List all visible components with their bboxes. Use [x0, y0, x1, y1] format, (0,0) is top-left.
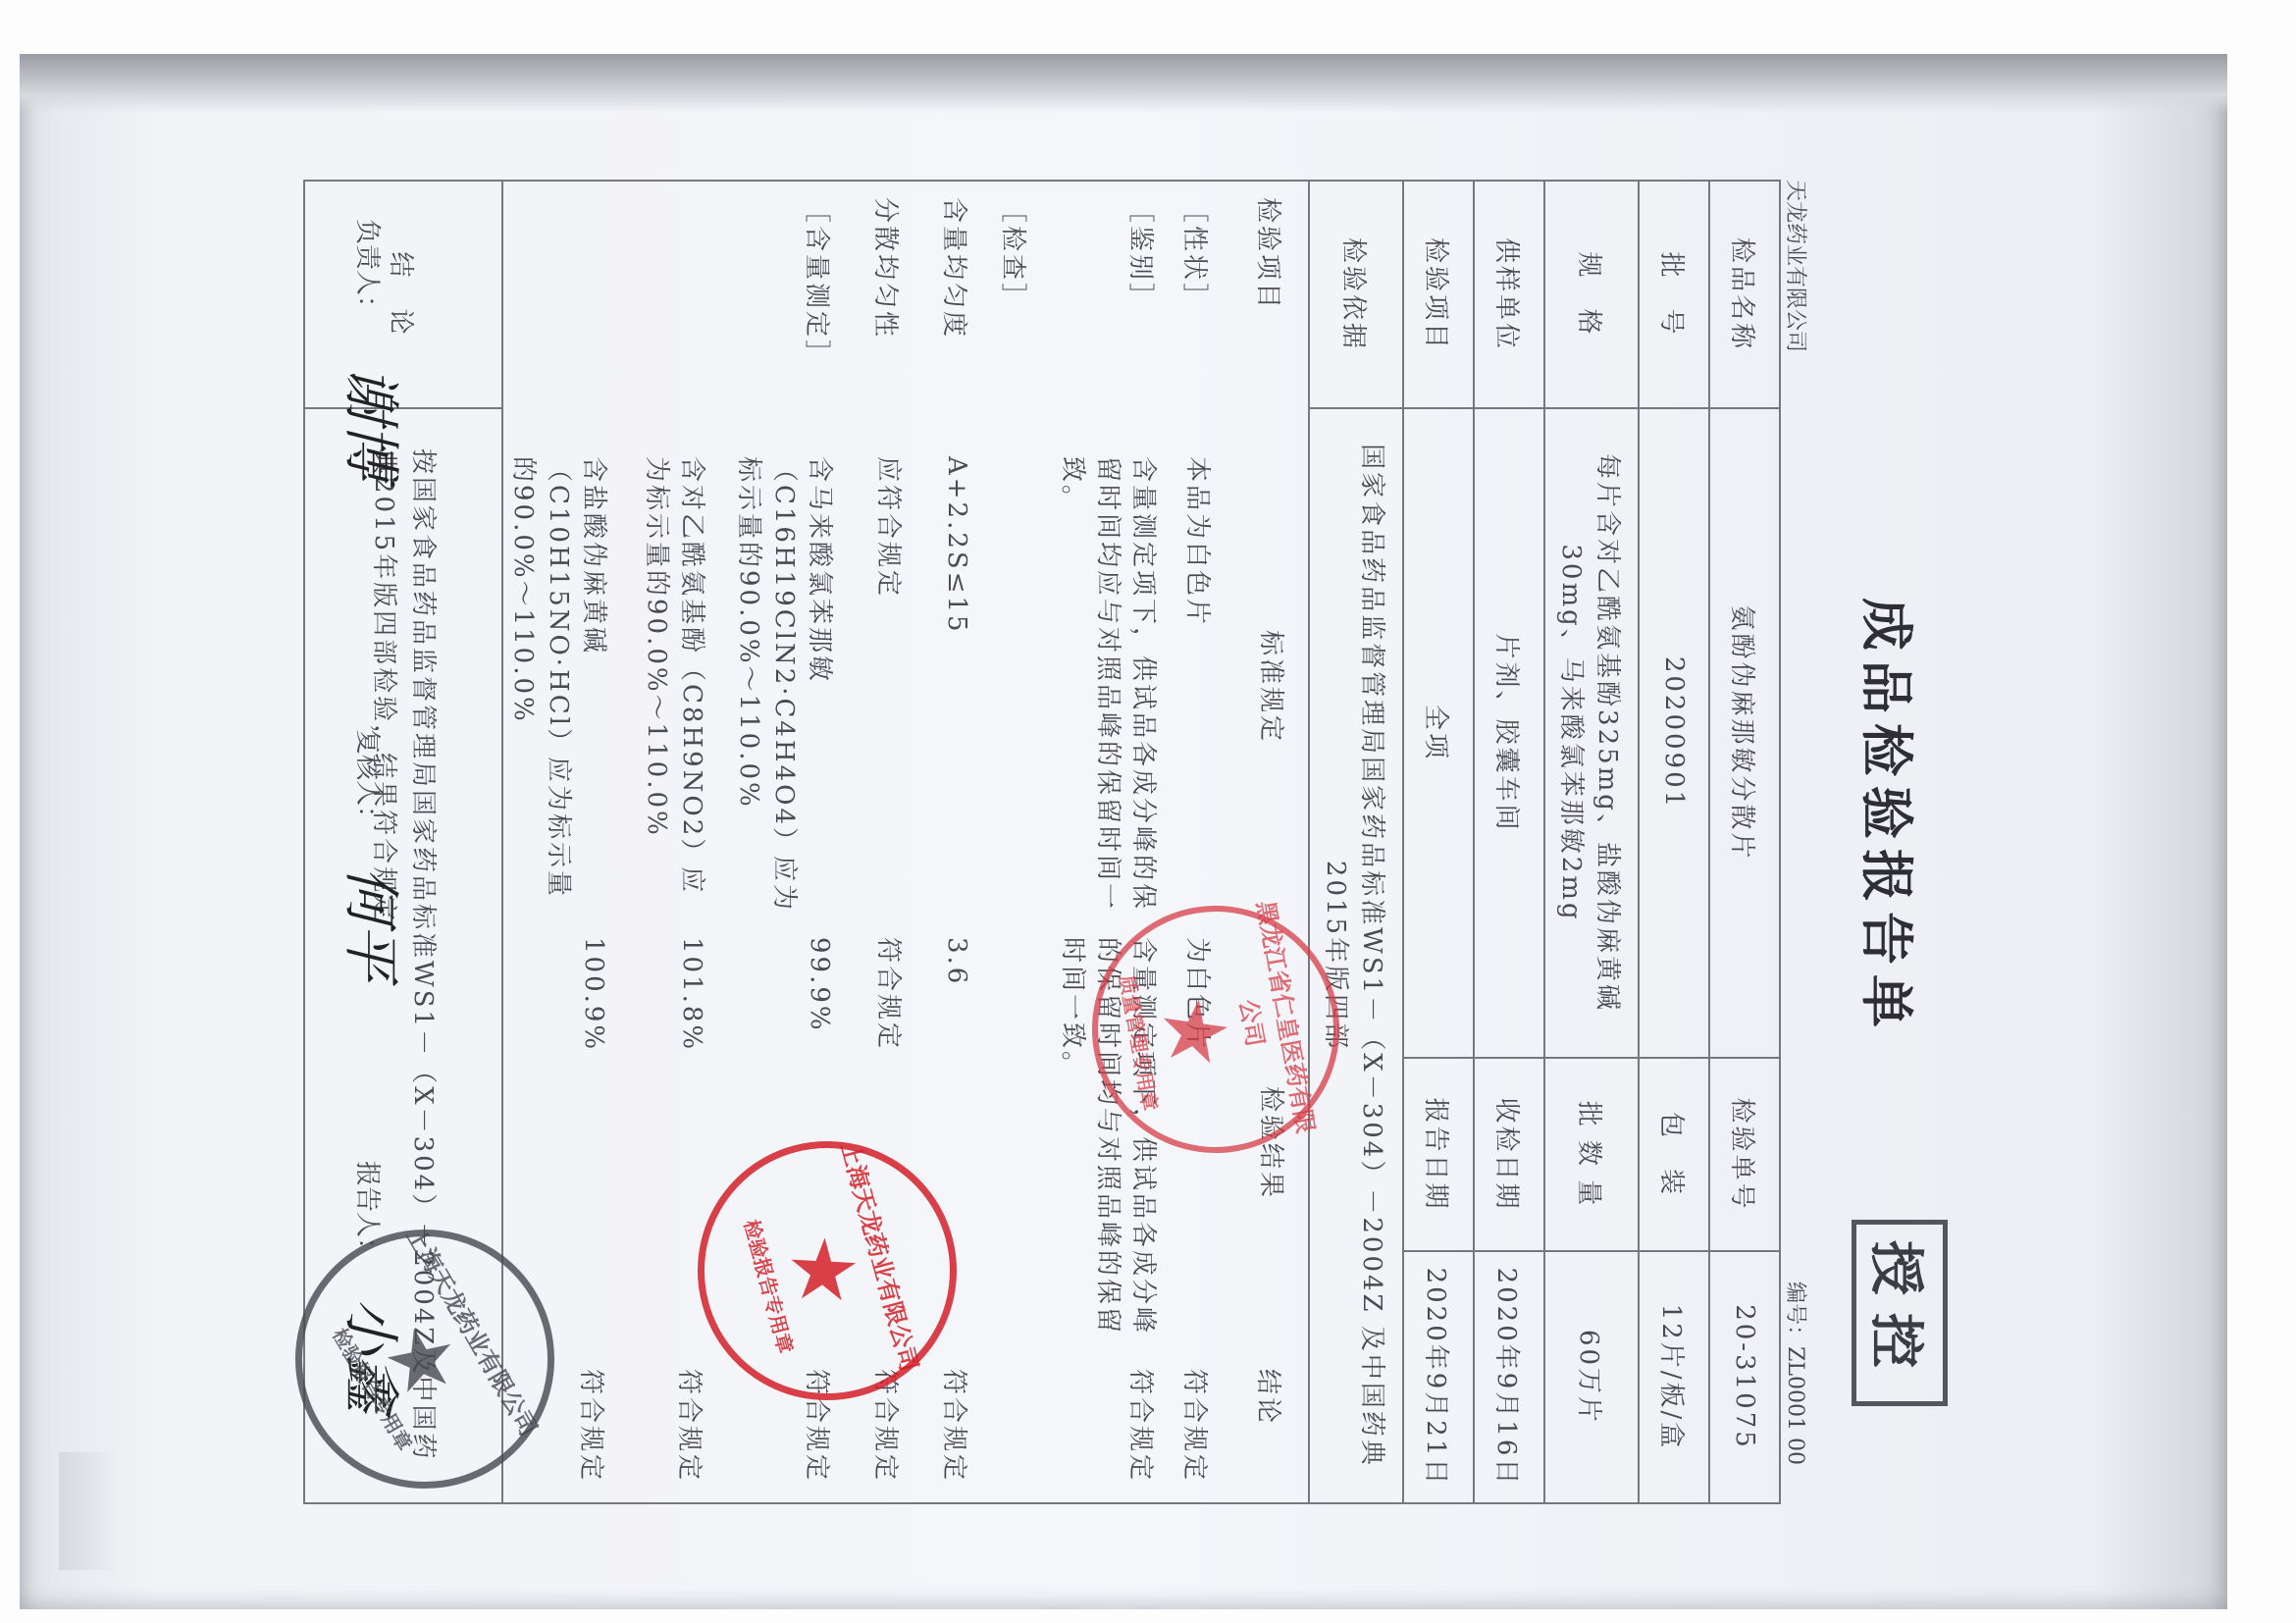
inspection-report-document: 成品检验报告单 授控 天龙药业有限公司 编号：ZL0001 00 检品名称 氨酚… [240, 131, 1967, 1504]
reviewer-label: 复核人： [351, 729, 388, 831]
responsible-label: 负责人： [351, 219, 388, 321]
label-package: 包 装 [1639, 1058, 1709, 1251]
test-item-standard: 含盐酸伪麻黄碱（C10H15NO·HCl）应为标示量的90.0%～110.0% [505, 456, 611, 917]
col-header-conclusion: 结论 [1252, 1369, 1288, 1487]
value-items: 全项 [1403, 408, 1474, 1058]
col-header-standard: 标准规定 [1253, 456, 1288, 917]
test-item-conclusion: 符合规定 [1124, 1369, 1161, 1487]
value-quantity: 60万片 [1544, 1251, 1639, 1503]
col-header-item: 检验项目 [1252, 197, 1288, 413]
test-item-name: 分散均匀性 [869, 197, 906, 413]
test-item-name: 含量均匀度 [938, 197, 974, 413]
test-item-name: ［检查］ [997, 197, 1033, 413]
responsible-signature: 谢博 [335, 366, 417, 480]
scan-shadow-left [59, 1452, 118, 1570]
label-report-no: 检验单号 [1709, 1058, 1780, 1251]
test-item-name: ［含量测定］ [801, 197, 837, 413]
label-basis: 检验依据 [1309, 181, 1403, 408]
test-item-conclusion: 符合规定 [673, 1369, 709, 1487]
label-product-name: 检品名称 [1709, 181, 1780, 408]
label-supplier: 供样单位 [1474, 181, 1544, 408]
reviewer-signature: 何平 [335, 866, 417, 980]
test-item-standard: 应符合规定 [870, 456, 906, 917]
test-item-name: ［性状］ [1178, 197, 1215, 413]
test-item-conclusion: 符合规定 [1178, 1369, 1215, 1487]
label-batch: 批 号 [1639, 181, 1709, 408]
star-icon: ★ [1148, 988, 1244, 1077]
test-item-standard: 本品为白色片 [1179, 456, 1215, 917]
controlled-copy-stamp: 授控 [1852, 1220, 1948, 1406]
test-item-name: ［鉴别］ [1124, 197, 1161, 413]
value-basis: 国家食品药品监督管理局国家药品标准WS1－（X－304）－2004Z 及中国药典… [1309, 408, 1403, 1503]
label-receive-date: 收检日期 [1474, 1058, 1544, 1251]
value-receive-date: 2020年9月16日 [1474, 1251, 1544, 1503]
test-item-standard: 含马来酸氯苯那敏（C16H19ClN2·C4H4O4）应为标示量的90.0%～1… [731, 456, 837, 917]
label-items: 检验项目 [1403, 181, 1474, 408]
test-item-conclusion: 符合规定 [575, 1369, 611, 1487]
test-item-result: 100.9% [576, 937, 611, 1349]
label-quantity: 批 数 量 [1544, 1058, 1639, 1251]
test-item-standard: 含对乙酰氨基酚（C8H9NO2）应为标示量的90.0%～110.0% [639, 456, 709, 917]
value-spec: 每片含对乙酰氨基酚325mg、盐酸伪麻黄碱30mg、马来酸氯苯那敏2mg [1544, 408, 1639, 1058]
label-spec: 规 格 [1544, 181, 1639, 408]
test-item-conclusion: 符合规定 [938, 1369, 974, 1487]
value-report-date: 2020年9月21日 [1403, 1251, 1474, 1503]
value-package: 12片/板/盒 [1639, 1251, 1709, 1503]
test-item-standard: A+2.2S≤15 [939, 456, 974, 917]
value-batch: 20200901 [1639, 408, 1709, 1058]
document-number: 编号：ZL0001 00 [1782, 1282, 1812, 1465]
value-supplier: 片剂、胶囊车间 [1474, 408, 1544, 1058]
scan-shadow-top [20, 54, 2227, 113]
company-name: 天龙药业有限公司 [1782, 180, 1812, 352]
value-product-name: 氨酚伪麻那敏分散片 [1709, 408, 1780, 1058]
label-report-date: 报告日期 [1403, 1058, 1474, 1251]
test-item-standard: 含量测定项下，供试品各成分峰的保留时间均应与对照品峰的保留时间一致。 [1055, 456, 1161, 917]
value-report-no: 20-31075 [1709, 1251, 1780, 1503]
